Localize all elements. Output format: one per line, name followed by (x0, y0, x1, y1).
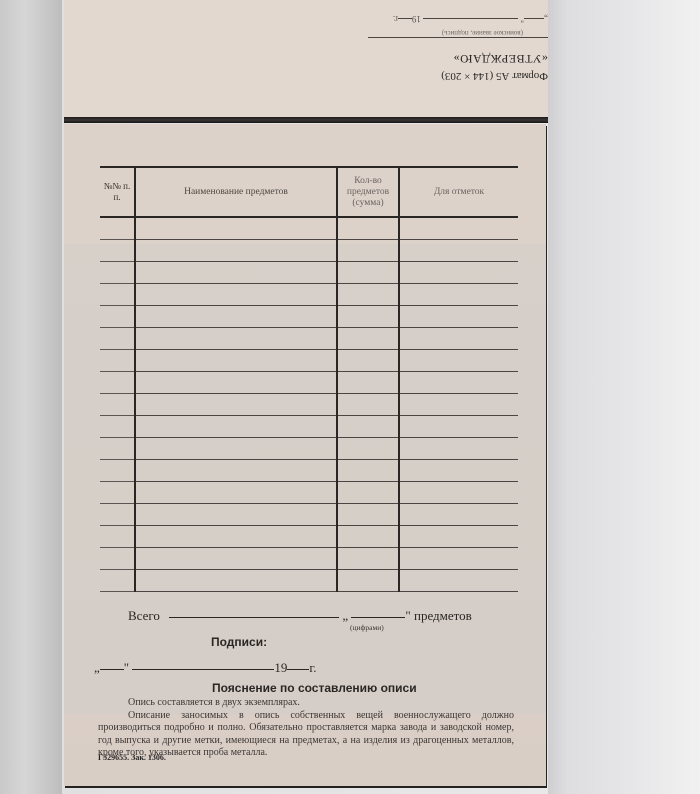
explanation-paragraph: Опись составляется в двух экземплярах. (98, 697, 514, 710)
cell-quantity[interactable] (337, 240, 399, 262)
cell-quantity[interactable] (337, 438, 399, 460)
table-row (100, 350, 518, 372)
cell-number[interactable] (100, 504, 135, 526)
cell-item-name[interactable] (135, 328, 337, 350)
cell-item-name[interactable] (135, 548, 337, 570)
total-suffix: предметов (414, 608, 472, 623)
cell-notes[interactable] (399, 217, 518, 240)
cell-notes[interactable] (399, 416, 518, 438)
cell-number[interactable] (100, 328, 135, 350)
explanation-paragraph: Описание заносимых в опись собственных в… (98, 710, 514, 760)
cell-item-name[interactable] (135, 504, 337, 526)
print-code: Г329655. Зак. 1306. (98, 753, 166, 762)
table-row (100, 570, 518, 592)
previous-page-upside-down: Формат А5 (144 × 203) «УТВЕРЖДАЮ» (воинс… (64, 0, 548, 118)
cell-notes[interactable] (399, 306, 518, 328)
cell-number[interactable] (100, 548, 135, 570)
cell-quantity[interactable] (337, 217, 399, 240)
cell-notes[interactable] (399, 394, 518, 416)
approve-date-line: „" 19г. (393, 14, 548, 24)
date-year-field[interactable] (287, 669, 309, 670)
cell-quantity[interactable] (337, 548, 399, 570)
rank-signature-line (368, 37, 548, 38)
cell-notes[interactable] (399, 328, 518, 350)
cell-number[interactable] (100, 284, 135, 306)
cell-item-name[interactable] (135, 394, 337, 416)
cell-number[interactable] (100, 570, 135, 592)
cell-number[interactable] (100, 460, 135, 482)
cell-notes[interactable] (399, 438, 518, 460)
table-row (100, 394, 518, 416)
table-row (100, 504, 518, 526)
table-row (100, 306, 518, 328)
table-row (100, 438, 518, 460)
cell-quantity[interactable] (337, 262, 399, 284)
cell-quantity[interactable] (337, 526, 399, 548)
cell-item-name[interactable] (135, 240, 337, 262)
cell-quantity[interactable] (337, 372, 399, 394)
table-row (100, 328, 518, 350)
header-notes: Для отметок (399, 167, 518, 217)
table-row (100, 262, 518, 284)
header-item-name: Наименование предметов (135, 167, 337, 217)
signature-date-line: „" 19г. (94, 660, 316, 676)
table-row (100, 240, 518, 262)
cell-number[interactable] (100, 438, 135, 460)
cell-number[interactable] (100, 482, 135, 504)
cell-number[interactable] (100, 262, 135, 284)
cell-notes[interactable] (399, 504, 518, 526)
table-row (100, 284, 518, 306)
cell-item-name[interactable] (135, 262, 337, 284)
approve-label: «УТВЕРЖДАЮ» (453, 51, 548, 66)
cell-item-name[interactable] (135, 372, 337, 394)
cell-notes[interactable] (399, 372, 518, 394)
cell-item-name[interactable] (135, 416, 337, 438)
table-body (100, 217, 518, 592)
digits-caption: (цифрами) (350, 623, 384, 632)
cell-item-name[interactable] (135, 526, 337, 548)
cell-item-name[interactable] (135, 482, 337, 504)
table-header-row: №№ п. п. Наименование предметов Кол-во п… (100, 167, 518, 217)
explanation-text: Опись составляется в двух экземплярах. О… (98, 697, 514, 760)
cell-quantity[interactable] (337, 394, 399, 416)
cell-item-name[interactable] (135, 460, 337, 482)
cell-number[interactable] (100, 394, 135, 416)
page-separator (64, 117, 548, 123)
total-words-field[interactable] (169, 617, 339, 618)
cell-notes[interactable] (399, 570, 518, 592)
inventory-table: №№ п. п. Наименование предметов Кол-во п… (100, 166, 518, 592)
cell-quantity[interactable] (337, 350, 399, 372)
table-row (100, 416, 518, 438)
table-row (100, 482, 518, 504)
cell-quantity[interactable] (337, 570, 399, 592)
scanner-background (548, 0, 700, 794)
header-number: №№ п. п. (100, 167, 135, 217)
cell-notes[interactable] (399, 482, 518, 504)
table-row (100, 372, 518, 394)
format-label: Формат А5 (144 × 203) (441, 70, 548, 82)
cell-number[interactable] (100, 240, 135, 262)
total-label: Всего (128, 608, 160, 623)
cell-number[interactable] (100, 306, 135, 328)
cell-quantity[interactable] (337, 306, 399, 328)
cell-notes[interactable] (399, 460, 518, 482)
cell-notes[interactable] (399, 350, 518, 372)
cell-item-name[interactable] (135, 217, 337, 240)
cell-quantity[interactable] (337, 482, 399, 504)
total-digits-field[interactable] (351, 617, 405, 618)
inventory-form-page: №№ п. п. Наименование предметов Кол-во п… (64, 124, 546, 786)
header-quantity: Кол-во предметов (сумма) (337, 167, 399, 217)
table-row (100, 460, 518, 482)
table-row (100, 548, 518, 570)
cell-notes[interactable] (399, 262, 518, 284)
cell-quantity[interactable] (337, 284, 399, 306)
date-month-field[interactable] (132, 669, 274, 670)
cell-item-name[interactable] (135, 438, 337, 460)
cell-notes[interactable] (399, 548, 518, 570)
cell-notes[interactable] (399, 284, 518, 306)
cell-quantity[interactable] (337, 460, 399, 482)
cell-quantity[interactable] (337, 416, 399, 438)
cell-number[interactable] (100, 350, 135, 372)
cell-number[interactable] (100, 526, 135, 548)
cell-number[interactable] (100, 416, 135, 438)
total-line: Всего „ " предметов (128, 608, 472, 624)
explanation-title: Пояснение по составлению описи (212, 681, 417, 695)
cell-number[interactable] (100, 217, 135, 240)
rank-caption: (воинское звание, подпись) (442, 29, 523, 37)
cell-quantity[interactable] (337, 504, 399, 526)
cell-quantity[interactable] (337, 328, 399, 350)
cell-item-name[interactable] (135, 570, 337, 592)
date-day-field[interactable] (100, 669, 124, 670)
cell-item-name[interactable] (135, 284, 337, 306)
cell-number[interactable] (100, 372, 135, 394)
signatures-title: Подписи: (211, 635, 267, 649)
table-row (100, 217, 518, 240)
cell-item-name[interactable] (135, 306, 337, 328)
cell-item-name[interactable] (135, 350, 337, 372)
scanner-left-shadow (0, 0, 62, 794)
cell-notes[interactable] (399, 526, 518, 548)
cell-notes[interactable] (399, 240, 518, 262)
table-row (100, 526, 518, 548)
